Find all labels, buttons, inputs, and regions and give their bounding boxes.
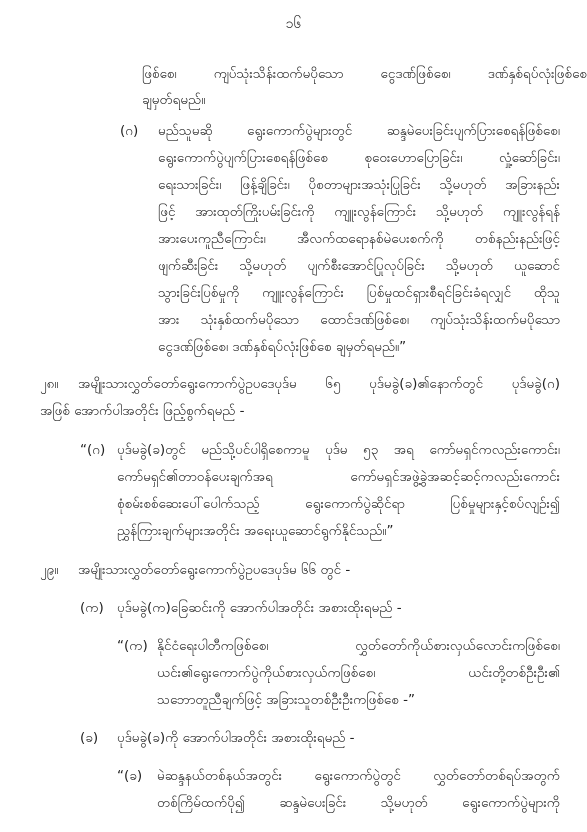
text-line: ဖြင့် အားထုတ်ကြိုးပမ်းခြင်းကို ကျူးလွန်က… — [158, 202, 560, 222]
clause-label: (က) — [80, 598, 104, 618]
text-line: သဘောတူညီချက်ဖြင့် အခြားသူတစ်ဦးဦးကဖြစ်စေ … — [157, 690, 415, 710]
quote-label: “(ဂ) — [80, 440, 105, 460]
text-line: ဖြစ်စေ၊ ကျပ်သုံးသိန်းထက်မပိုသော ငွေဒဏ်ဖြ… — [142, 64, 587, 84]
text-line: နိုင်ငံရေးပါတီကဖြစ်စေ၊ လွှတ်တော်ကိုယ်စား… — [157, 636, 560, 656]
text-line: ပုဒ်မခွဲ(ခ)ကို အောက်ပါအတိုင်း အစားထိုးရမ… — [117, 728, 355, 748]
text-line: ညွှန်ကြားချက်များအတိုင်း အရေးယူဆောင်ရွက်… — [117, 521, 394, 541]
text-line: အား သုံးနှစ်ထက်မပိုသော ထောင်ဒဏ်ဖြစ်စေ၊ က… — [158, 310, 560, 330]
text-line: မည်သူမဆို ရွေးကောက်ပွဲများတွင် ဆန္ဒမဲပေး… — [158, 121, 560, 141]
section-label: ၂၈။ — [40, 374, 58, 394]
text-line: ငွေဒဏ်ဖြစ်စေ၊ ဒဏ်နှစ်ရပ်လုံးဖြစ်စေ ချမှတ… — [158, 337, 406, 357]
page-number: ၁၆ — [0, 14, 587, 35]
text-line: အားပေးကူညီကြောင်း၊ အီလက်ထရောနစ်မဲပေးစက်က… — [158, 229, 560, 249]
text-line: ရေးသားခြင်း၊ ဖြန့်ချိခြင်း၊ ပိုစတာများအသ… — [158, 175, 560, 195]
quote-label: “(က) — [117, 636, 148, 656]
text-line: သွားခြင်းပြစ်မှုကို ကျူးလွန်ကြောင်း ပြစ်… — [158, 283, 560, 303]
text-line: ချမှတ်ရမည်။ — [142, 90, 205, 110]
text-line: ဖျက်ဆီးခြင်း သို့မဟုတ် ပျက်စီးအောင်ပြုလု… — [158, 256, 560, 276]
text-line: အမျိုးသားလွှတ်တော်ရွေးကောက်ပွဲဥပဒေပုဒ်မ … — [78, 560, 350, 580]
text-line: ရွေးကောက်ပွဲပျက်ပြားစေရန်ဖြစ်စေ စုဝေးဟော… — [158, 148, 560, 168]
text-line: ပုဒ်မခွဲ(က)ခြေဆင်းကို အောက်ပါအတိုင်း အစာ… — [117, 598, 402, 618]
text-line: တစ်ကြိမ်ထက်ပို၍ ဆန္ဒမဲပေးခြင်း သို့မဟုတ်… — [157, 793, 560, 813]
text-line: ပုဒ်မခွဲ(ခ)တွင် မည်သို့ပင်ပါရှိစေကာမူ ပု… — [117, 440, 560, 460]
text-line: မဲဆန္ဒနယ်တစ်နယ်အတွင်း ရွေးကောက်ပွဲတွင် လ… — [157, 766, 560, 786]
clause-label: (ခ) — [80, 728, 98, 748]
quote-label: “(ခ) — [117, 766, 142, 786]
text-line: စုံစမ်းစစ်ဆေးပေါ်ပေါက်သည့် ရွေးကောက်ပွဲဆ… — [117, 494, 560, 514]
text-line: ယင်း၏ရွေးကောက်ပွဲကိုယ်စားလှယ်ကဖြစ်စေ၊ ယင… — [157, 663, 560, 683]
clause-label: (ဂ) — [120, 121, 138, 141]
text-line: အမျိုးသားလွှတ်တော်ရွေးကောက်ပွဲဥပဒေပုဒ်မ … — [78, 374, 560, 394]
section-label: ၂၉။ — [40, 560, 58, 580]
text-line: ကော်မရှင်၏တာဝန်ပေးချက်အရ ကော်မရှင်အဖွဲ့ခ… — [117, 467, 560, 487]
text-line: အဖြစ် အောက်ပါအတိုင်း ဖြည့်စွက်ရမည် - — [40, 401, 245, 421]
